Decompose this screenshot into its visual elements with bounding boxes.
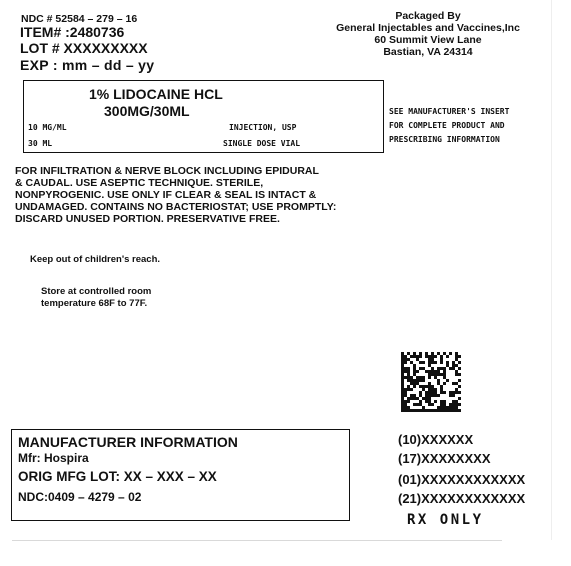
indications-line: FOR INFILTRATION & NERVE BLOCK INCLUDING…	[15, 165, 336, 177]
indications-line: UNDAMAGED. CONTAINS NO BACTERIOSTAT; USE…	[15, 201, 336, 213]
indications-text: FOR INFILTRATION & NERVE BLOCK INCLUDING…	[15, 165, 336, 225]
rx-only-label: RX ONLY	[407, 512, 484, 528]
packager-heading: Packaged By	[323, 10, 533, 22]
drug-strength: 300MG/30ML	[104, 103, 190, 119]
packager-info: Packaged By General Injectables and Vacc…	[323, 10, 533, 58]
manufacturer-ndc: NDC:0409 – 4279 – 02	[18, 490, 141, 504]
drug-label: NDC # 52584 – 279 – 16 ITEM# :2480736 LO…	[0, 0, 571, 566]
children-warning: Keep out of children's reach.	[30, 254, 160, 265]
barcode-field-21: (21)XXXXXXXXXXXX	[398, 491, 525, 506]
drug-concentration: 10 MG/ML	[28, 123, 67, 132]
drug-volume: 30 ML	[28, 139, 52, 148]
indications-line: & CAUDAL. USE ASEPTIC TECHNIQUE. STERILE…	[15, 177, 336, 189]
drug-info-box: 1% LIDOCAINE HCL 300MG/30ML 10 MG/ML 30 …	[23, 80, 384, 153]
label-edge-divider	[551, 0, 552, 540]
barcode-field-10: (10)XXXXXX	[398, 432, 473, 447]
insert-note-line: FOR COMPLETE PRODUCT AND	[389, 119, 509, 133]
lot-number: LOT # XXXXXXXXX	[20, 40, 148, 56]
drug-name: 1% LIDOCAINE HCL	[89, 86, 223, 102]
manufacturer-name: Mfr: Hospira	[18, 451, 89, 465]
item-number: ITEM# :2480736	[20, 24, 124, 40]
drug-container: SINGLE DOSE VIAL	[223, 139, 300, 148]
packager-street: 60 Summit View Lane	[323, 34, 533, 46]
storage-line: temperature 68F to 77F.	[41, 298, 151, 310]
insert-note-line: SEE MANUFACTURER'S INSERT	[389, 105, 509, 119]
packager-name: General Injectables and Vaccines,Inc	[323, 22, 533, 34]
barcode-field-17: (17)XXXXXXXX	[398, 451, 491, 466]
manufacturer-heading: MANUFACTURER INFORMATION	[18, 434, 238, 450]
indications-line: DISCARD UNUSED PORTION. PRESERVATIVE FRE…	[15, 213, 336, 225]
barcode-field-01: (01)XXXXXXXXXXXX	[398, 472, 525, 487]
manufacturer-info-box: MANUFACTURER INFORMATION Mfr: Hospira OR…	[11, 429, 350, 521]
packager-city: Bastian, VA 24314	[323, 46, 533, 58]
label-edge-divider	[12, 540, 502, 541]
storage-line: Store at controlled room	[41, 286, 151, 298]
datamatrix-icon	[401, 352, 461, 412]
indications-line: NONPYROGENIC. USE ONLY IF CLEAR & SEAL I…	[15, 189, 336, 201]
storage-instructions: Store at controlled room temperature 68F…	[41, 286, 151, 310]
original-lot: ORIG MFG LOT: XX – XXX – XX	[18, 469, 217, 484]
insert-note-line: PRESCRIBING INFORMATION	[389, 133, 509, 147]
drug-form: INJECTION, USP	[229, 123, 296, 132]
expiration-date: EXP : mm – dd – yy	[20, 57, 154, 73]
insert-note: SEE MANUFACTURER'S INSERT FOR COMPLETE P…	[389, 105, 509, 147]
